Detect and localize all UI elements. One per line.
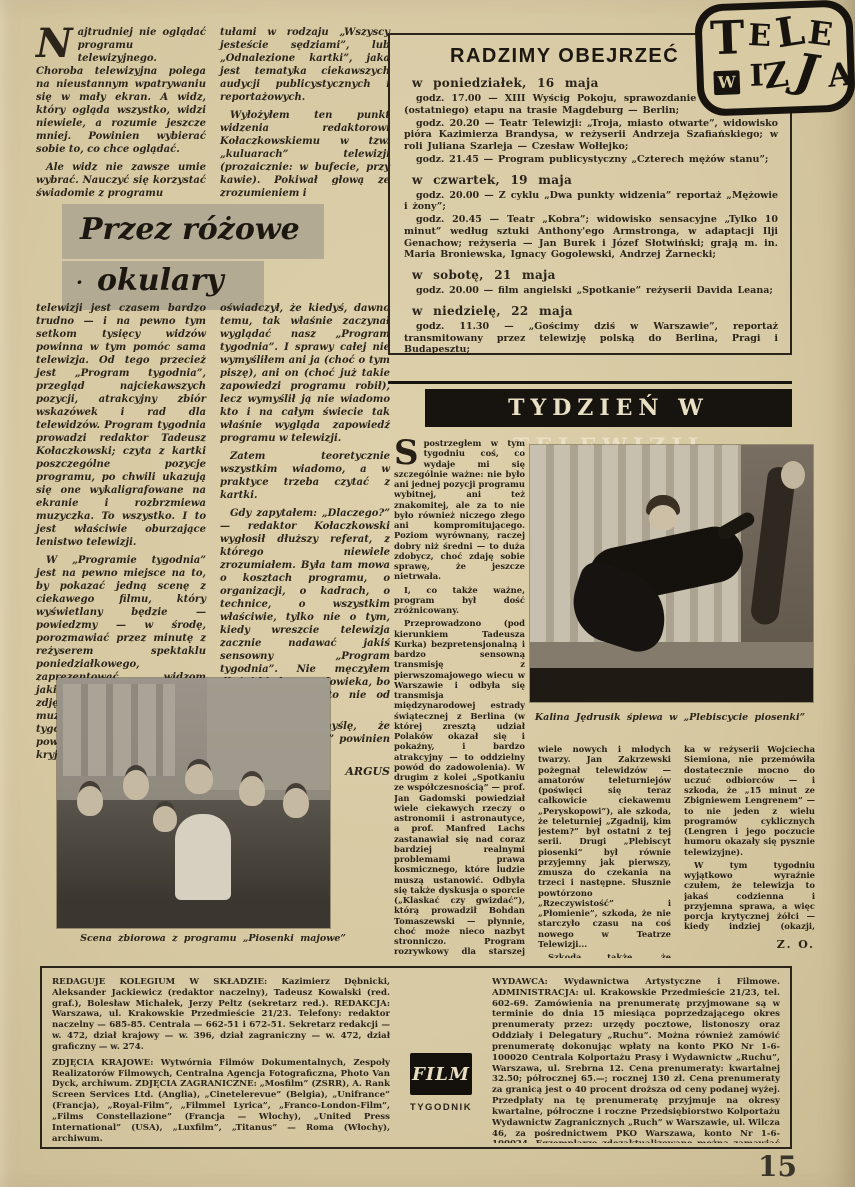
week-col2: wiele nowych i młodych twarzy. Jan Zakrz… [538,744,671,958]
logo-letter: T [709,14,745,61]
imprint-left-block: REDAGUJE KOLEGIUM W SKŁADZIE: Kazimierz … [52,977,390,1143]
schedule-item: godz. 20.00 — Z cyklu „Dwa punkty widzen… [404,190,778,214]
paragraph: Zatem teoretycznie wszystkim wiadomo, a … [220,450,390,502]
week-section-banner: TYDZIEŃ W TELEWIZJI [425,389,792,427]
window-light [63,684,175,776]
figure-head [283,788,309,818]
photo-scene-group [57,678,330,928]
headline-dot: · [76,270,83,294]
week-col3: ka w reżyserii Wojciecha Siemiona, nie p… [684,744,815,932]
paragraph: Ale widz nie zawsze umie wybrać. Nauczyć… [36,161,206,200]
schedule-day-header: w czwartek, 19 maja [412,173,778,187]
paragraph: telewizji jest czasem bardzo trudno — i … [36,302,206,549]
singer-face [649,505,677,531]
logo-letter-inverted: W [713,70,740,95]
dropcap-n: N [36,28,73,59]
paragraph: Wyłożyłem ten punkt widzenia redaktorowi… [220,109,390,200]
schedule-day-header: w niedzielę, 22 maja [412,304,778,318]
paragraph: I, co także ważne, program był dość zróż… [394,585,525,616]
photo-stage-floor [530,668,813,702]
logo-letter: A [826,58,854,92]
figure-light-shirt [175,814,231,900]
week-signature: Z. O. [684,938,815,951]
photo-caption-right: Kalina Jędrusik śpiewa w „Plebiscycie pi… [520,712,820,723]
imprint-paragraph: REDAGUJE KOLEGIUM W SKŁADZIE: Kazimierz … [52,977,390,1053]
schedule-item: godz. 20.00 — film angielski „Spotkanie”… [404,285,778,297]
paragraph: Szkoda także, że „Piosenki majowe”, estr… [538,952,671,958]
film-logo-subtitle: TYGODNIK [410,1102,472,1113]
schedule-item: godz. 20.20 — Teatr Telewizji: „Troja, m… [404,118,778,153]
imprint-box: REDAGUJE KOLEGIUM W SKŁADZIE: Kazimierz … [40,966,792,1149]
paragraph: Przeprowadzono (pod kierunkiem Tadeusza … [394,618,525,956]
telewizja-logo: T E L E W I Z J A [694,0,855,117]
dropcap-s: S [394,440,419,467]
schedule-item: godz. 20.45 — Teatr „Kobra”; widowisko s… [404,214,778,261]
paragraph: ka w reżyserii Wojciecha Siemiona, nie p… [684,744,815,857]
article-headline: Przez różowe ·okulary [62,204,324,310]
week-col1: Spostrzegłem w tym tygodniu coś, co wyda… [394,438,525,956]
headline-line2-text: okulary [97,263,224,298]
film-logo: FILM [410,1053,472,1095]
paragraph: tułami w rodzaju „Wszyscy jesteście sędz… [220,26,390,104]
page-number: 15 [758,1150,797,1183]
article-intro-col2: tułami w rodzaju „Wszyscy jesteście sędz… [220,26,390,205]
film-logo-block: FILM TYGODNIK [402,977,480,1143]
schedule-item: godz. 11.30 — „Gościmy dziś w Warszawie”… [404,321,778,355]
photo-background-wall [207,678,330,790]
musician-figure [781,461,805,489]
figure-head [185,764,213,794]
article-intro: Najtrudniej nie oglądać programu telewiz… [36,26,392,205]
figure-head [77,786,103,816]
magazine-page: T E L E W I Z J A Najtrudniej nie ogląda… [0,0,855,1187]
paragraph: Spostrzegłem w tym tygodniu coś, co wyda… [394,438,525,582]
photo-stage-edge [530,642,813,668]
schedule-day-header: w sobotę, 21 maja [412,268,778,282]
paragraph: W tym tygodniu wyjątkowo wyraźnie czułem… [684,860,815,932]
headline-line1: Przez różowe [62,204,324,259]
photo-kalina-jedrusik [530,445,813,702]
schedule-item: godz. 21.45 — Program publicystyczny „Cz… [404,154,778,166]
article-intro-col1: Najtrudniej nie oglądać programu telewiz… [36,26,206,205]
paragraph: wiele nowych i młodych twarzy. Jan Zakrz… [538,744,671,949]
imprint-right-block: WYDAWCA: Wydawnictwa Artystyczne i Filmo… [492,977,780,1143]
tv-screen-icon: T E L E W I Z J A [701,7,848,110]
logo-letter: Z [761,57,790,94]
paragraph: Najtrudniej nie oglądać programu telewiz… [36,26,206,156]
section-divider-rule [388,381,792,384]
logo-letter: E [747,21,771,52]
figure-head [123,770,149,800]
imprint-paragraph: WYDAWCA: Wydawnictwa Artystyczne i Filmo… [492,977,780,1143]
figure-head [153,806,177,832]
figure-head [239,776,265,806]
paragraph: oświadczył, że kiedyś, dawno temu, tak w… [220,302,390,445]
photo-caption-left: Scena zbiorowa z programu „Piosenki majo… [36,933,390,944]
imprint-paragraph: ZDJĘCIA KRAJOWE: Wytwórnia Filmów Dokume… [52,1058,390,1143]
